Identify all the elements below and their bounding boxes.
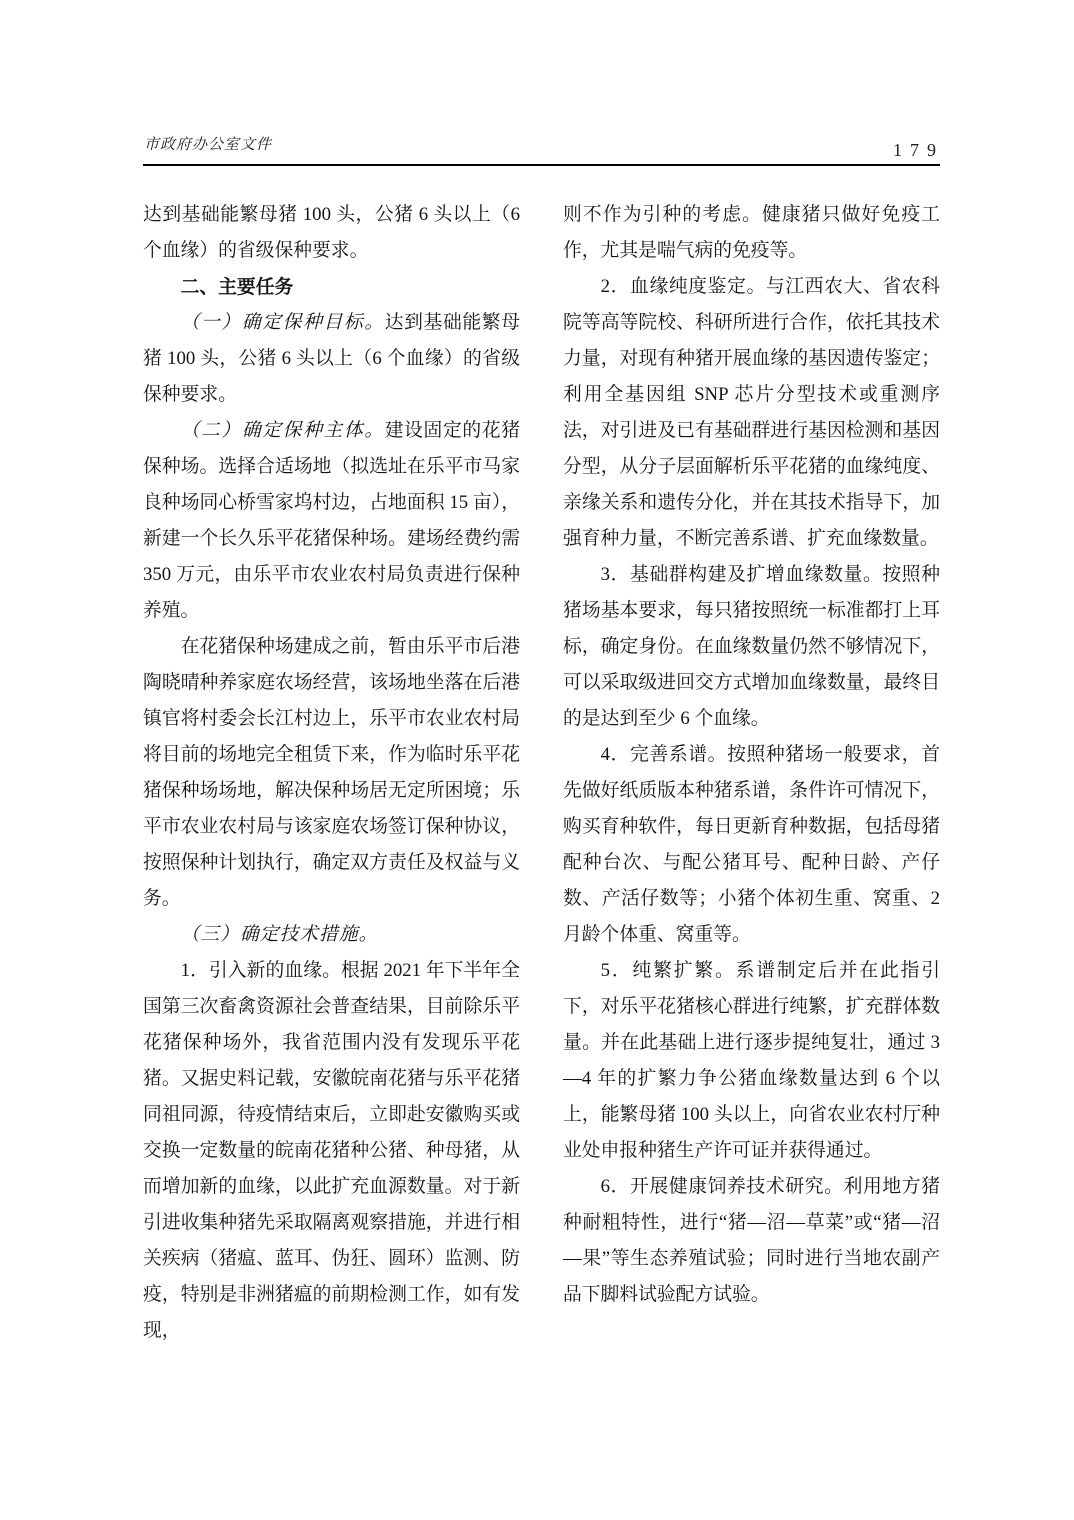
item-lead: （三）确定技术措施。 bbox=[181, 924, 379, 945]
item-lead: （一）确定保种目标。 bbox=[181, 312, 385, 333]
document-page: 市政府办公室文件 179 达到基础能繁母猪 100 头，公猪 6 头以上（6 个… bbox=[0, 0, 1074, 1520]
page-number: 179 bbox=[893, 140, 944, 160]
paragraph-temporary-farm: 在花猪保种场建成之前，暂由乐平市后港陶晓晴种养家庭农场经营，该场地坐落在后港镇官… bbox=[143, 629, 520, 917]
paragraph-measure-2-purity: 2．血缘纯度鉴定。与江西农大、省农科院等高等院校、科研所进行合作，依托其技术力量… bbox=[563, 269, 940, 557]
paragraph-measure-3-base-group: 3．基础群构建及扩增血缘数量。按照种猪场基本要求，每只猪按照统一标准都打上耳标，… bbox=[563, 557, 940, 737]
paragraph-measure-1-bloodline: 1．引入新的血缘。根据 2021 年下半年全国第三次畜禽资源社会普查结果，目前除… bbox=[143, 953, 520, 1349]
paragraph-text: 在花猪保种场建成之前，暂由乐平市后港陶晓晴种养家庭农场经营，该场地坐落在后港镇官… bbox=[143, 636, 520, 909]
heading-text: 二、主要任务 bbox=[181, 276, 294, 297]
paragraph-measure-5-pure-breeding: 5．纯繁扩繁。系谱制定后并在此指引下，对乐平花猪核心群进行纯繁，扩充群体数量。并… bbox=[563, 953, 940, 1169]
paragraph-text: 2．血缘纯度鉴定。与江西农大、省农科院等高等院校、科研所进行合作，依托其技术力量… bbox=[563, 276, 940, 549]
paragraph-text: 达到基础能繁母猪 100 头，公猪 6 头以上（6 个血缘）的省级保种要求。 bbox=[143, 204, 520, 261]
paragraph-continuation: 达到基础能繁母猪 100 头，公猪 6 头以上（6 个血缘）的省级保种要求。 bbox=[143, 197, 520, 269]
paragraph-text: 3．基础群构建及扩增血缘数量。按照种猪场基本要求，每只猪按照统一标准都打上耳标，… bbox=[563, 564, 940, 729]
paragraph-measure-6-healthy-raising: 6．开展健康饲养技术研究。利用地方猪种耐粗特性，进行“猪—沼—草菜”或“猪—沼—… bbox=[563, 1169, 940, 1313]
paragraph-text: 6．开展健康饲养技术研究。利用地方猪种耐粗特性，进行“猪—沼—草菜”或“猪—沼—… bbox=[563, 1176, 940, 1305]
paragraph-text: 4．完善系谱。按照种猪场一般要求，首先做好纸质版本种猪系谱，条件许可情况下，购买… bbox=[563, 744, 940, 945]
paragraph-text: 5．纯繁扩繁。系谱制定后并在此指引下，对乐平花猪核心群进行纯繁，扩充群体数量。并… bbox=[563, 960, 940, 1161]
paragraph-measure-4-pedigree: 4．完善系谱。按照种猪场一般要求，首先做好纸质版本种猪系谱，条件许可情况下，购买… bbox=[563, 737, 940, 953]
header-title: 市政府办公室文件 bbox=[144, 136, 272, 154]
section-heading-main-tasks: 二、主要任务 bbox=[143, 269, 520, 305]
right-column: 则不作为引种的考虑。健康猪只做好免疫工作，尤其是喘气病的免疫等。 2．血缘纯度鉴… bbox=[563, 197, 940, 1349]
header-rule-divider bbox=[143, 164, 940, 166]
paragraph-item-3-measures: （三）确定技术措施。 bbox=[143, 917, 520, 953]
paragraph-item-1-goal: （一）确定保种目标。达到基础能繁母猪 100 头，公猪 6 头以上（6 个血缘）… bbox=[143, 305, 520, 413]
left-column: 达到基础能繁母猪 100 头，公猪 6 头以上（6 个血缘）的省级保种要求。 二… bbox=[143, 197, 520, 1349]
paragraph-item-2-entity: （二）确定保种主体。建设固定的花猪保种场。选择合适场地（拟选址在乐平市马家良种场… bbox=[143, 413, 520, 629]
item-lead: （二）确定保种主体。 bbox=[181, 420, 385, 441]
content-columns: 达到基础能繁母猪 100 头，公猪 6 头以上（6 个血缘）的省级保种要求。 二… bbox=[143, 197, 940, 1349]
paragraph-text: 1．引入新的血缘。根据 2021 年下半年全国第三次畜禽资源社会普查结果，目前除… bbox=[143, 960, 520, 1341]
paragraph-text: 则不作为引种的考虑。健康猪只做好免疫工作，尤其是喘气病的免疫等。 bbox=[563, 204, 940, 261]
paragraph-continuation: 则不作为引种的考虑。健康猪只做好免疫工作，尤其是喘气病的免疫等。 bbox=[563, 197, 940, 269]
paragraph-text: 建设固定的花猪保种场。选择合适场地（拟选址在乐平市马家良种场同心桥雪家坞村边，占… bbox=[143, 420, 520, 621]
